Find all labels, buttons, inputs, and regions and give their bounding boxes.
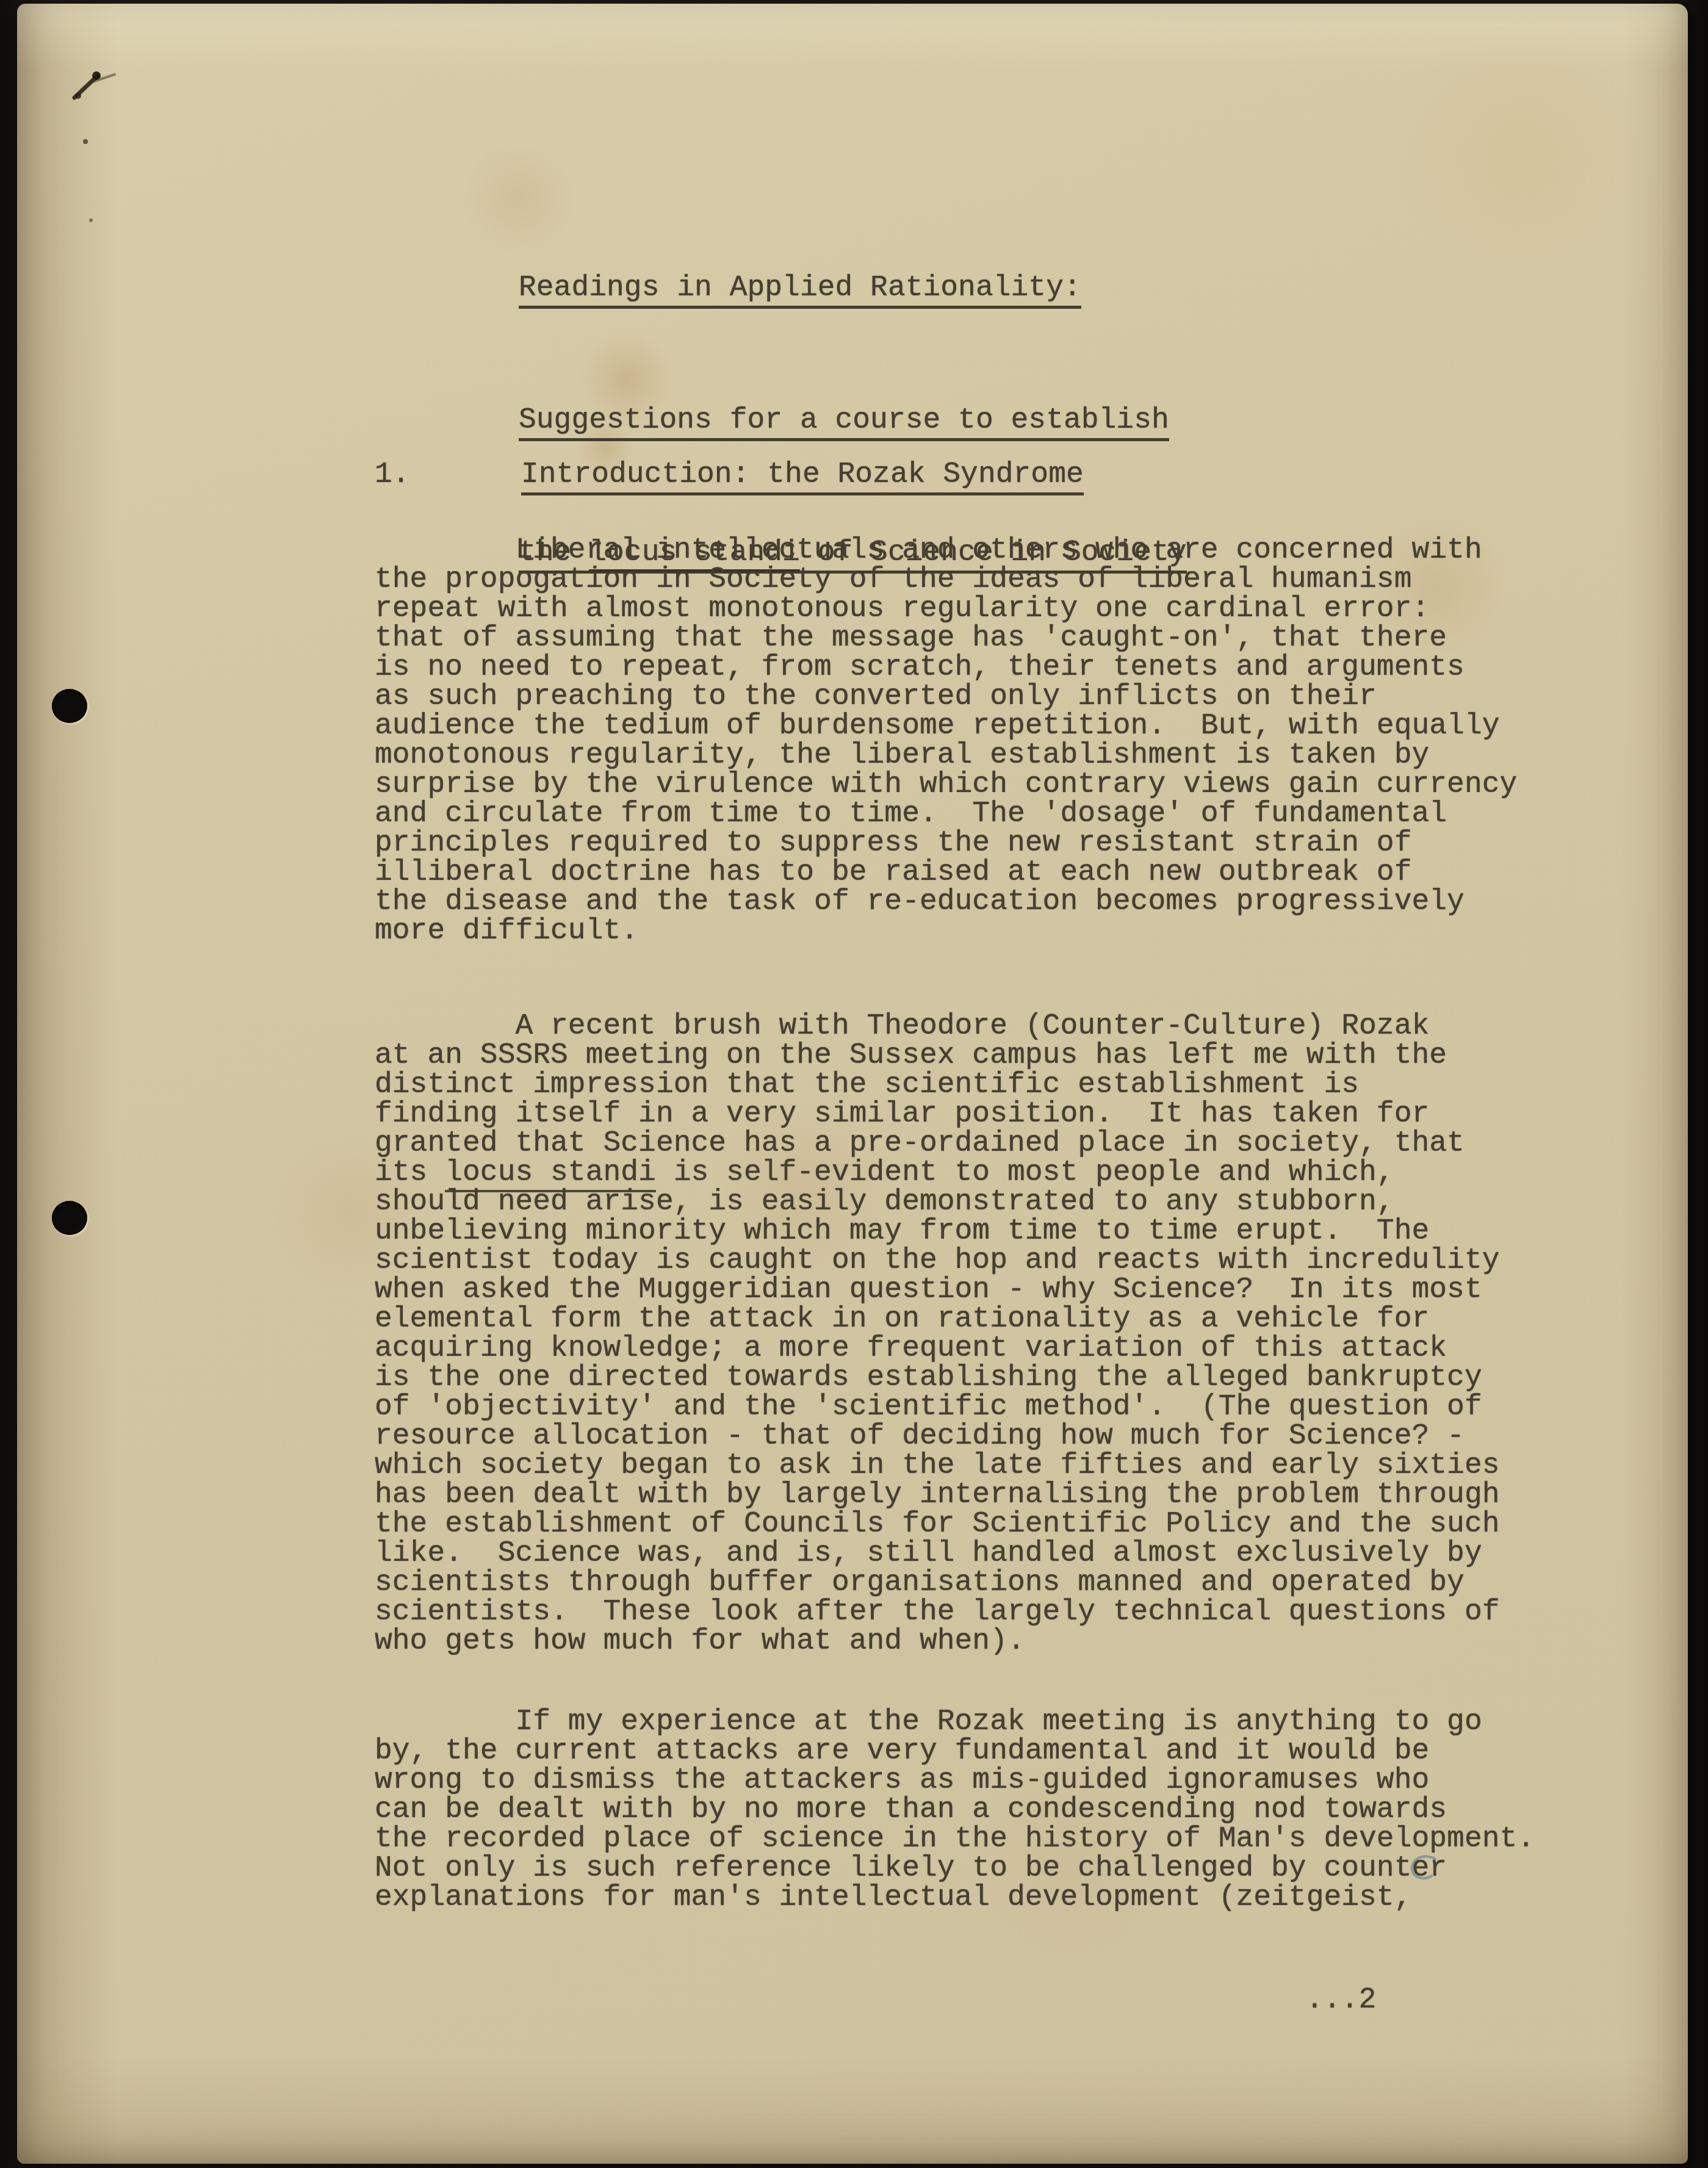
- hole-punch-top: [52, 689, 87, 723]
- section-number: 1.: [375, 460, 410, 489]
- paper-speck: [89, 218, 93, 222]
- hole-punch-bottom: [52, 1201, 87, 1235]
- page-number-footer: ...2: [1306, 1986, 1376, 2015]
- paragraph-3: If my experience at the Rozak meeting is…: [375, 1707, 1576, 1912]
- paragraph-1: Liberal intellectuals and others who are…: [375, 536, 1576, 946]
- section-heading: Introduction: the Rozak Syndrome: [521, 460, 1084, 495]
- paper-speck: [83, 139, 88, 144]
- title-line-2: Suggestions for a course to establish: [519, 406, 1187, 441]
- paper-page: Readings in Applied Rationality: Suggest…: [17, 4, 1688, 2164]
- pen-mark: [1397, 1850, 1446, 1890]
- paragraph-2: A recent brush with Theodore (Counter-Cu…: [375, 1012, 1576, 1656]
- scan-background: Readings in Applied Rationality: Suggest…: [0, 0, 1708, 2168]
- staple-mark: [71, 62, 138, 105]
- title-line-1: Readings in Applied Rationality:: [519, 273, 1187, 309]
